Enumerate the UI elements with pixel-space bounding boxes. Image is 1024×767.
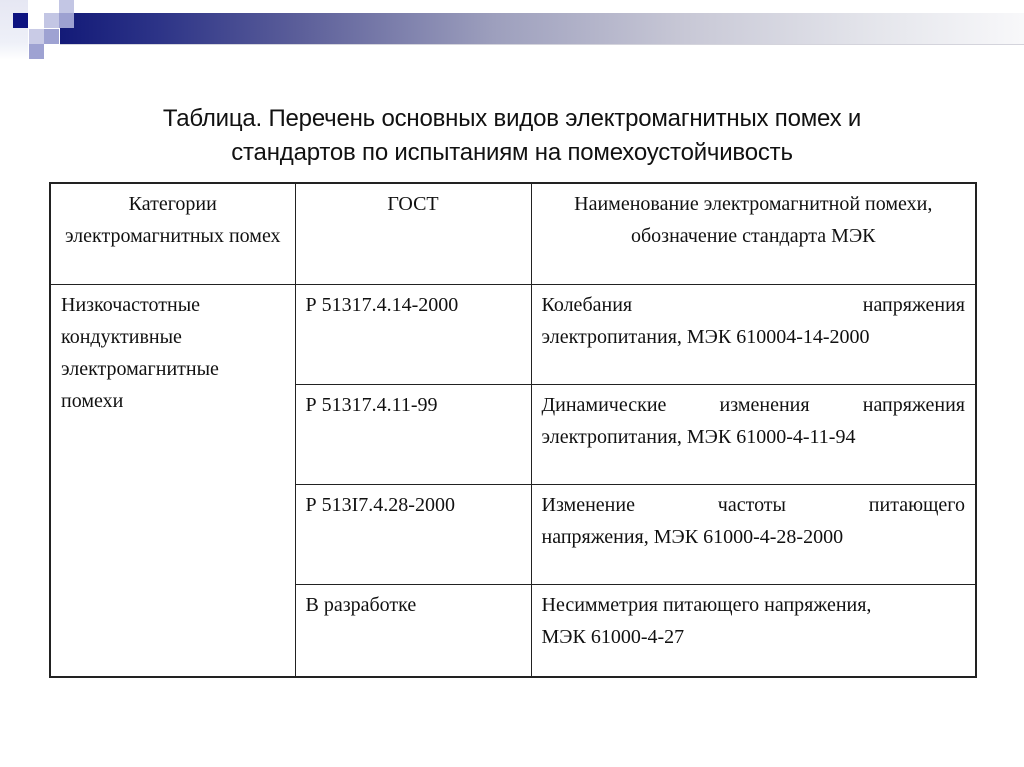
standards-table: Категории электромагнитных помех ГОСТ На…	[49, 182, 977, 678]
description-line-2: напряжения, МЭК 61000-4-28-2000	[542, 526, 844, 548]
description-line-2: электропитания, МЭК 61000-4-11-94	[542, 426, 856, 448]
category-cell: Низкочастотные кондуктивные электромагни…	[50, 285, 295, 678]
decorative-square	[44, 29, 59, 44]
gost-cell: Р 51317.4.11-99	[295, 385, 531, 485]
table-header-row: Категории электромагнитных помех ГОСТ На…	[50, 183, 976, 285]
description-line-2: МЭК 61000-4-27	[542, 626, 685, 648]
decorative-square-navy	[13, 13, 28, 28]
decorative-square	[59, 13, 74, 28]
description-line-1: Колебания напряжения	[542, 289, 966, 321]
description-line-1: Изменение частоты питающего	[542, 489, 966, 521]
gost-cell: Р 51317.4.14-2000	[295, 285, 531, 385]
description-line-1: Несимметрия питающего напряжения,	[542, 589, 966, 621]
description-cell: Изменение частоты питающего напряжения, …	[531, 485, 976, 585]
gost-cell: Р 513I7.4.28-2000	[295, 485, 531, 585]
description-line-1: Динамические изменения напряжения	[542, 389, 966, 421]
header-category: Категории электромагнитных помех	[50, 183, 295, 285]
decorative-square	[29, 44, 44, 59]
decorative-square	[29, 29, 44, 44]
description-line-2: электропитания, МЭК 610004-14-2000	[542, 326, 870, 348]
decorative-gradient-bar	[60, 13, 1024, 45]
decorative-left-strip	[0, 0, 28, 60]
header-description: Наименование электромагнитной помехи, об…	[531, 183, 976, 285]
description-cell: Несимметрия питающего напряжения, МЭК 61…	[531, 585, 976, 678]
description-cell: Колебания напряжения электропитания, МЭК…	[531, 285, 976, 385]
page-title-line-1: Таблица. Перечень основных видов электро…	[40, 102, 984, 136]
gost-cell: В разработке	[295, 585, 531, 678]
header-gost: ГОСТ	[295, 183, 531, 285]
page-title: Таблица. Перечень основных видов электро…	[40, 102, 984, 170]
table-row: Низкочастотные кондуктивные электромагни…	[50, 285, 976, 385]
description-cell: Динамические изменения напряжения электр…	[531, 385, 976, 485]
page-title-line-2: стандартов по испытаниям на помехоустойч…	[40, 136, 984, 170]
decorative-square	[44, 13, 59, 28]
